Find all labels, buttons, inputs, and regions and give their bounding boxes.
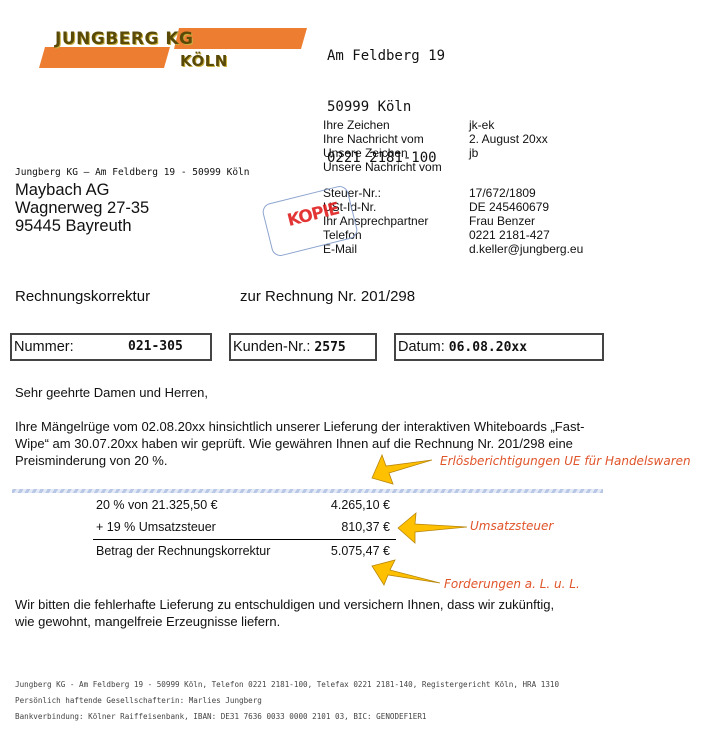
footer-partner: Persönlich haftende Gesellschafterin: Ma…	[15, 696, 262, 705]
annotation-receivables: Forderungen a. L. u. L.	[444, 577, 580, 591]
footer-bank: Bankverbindung: Kölner Raiffeisenbank, I…	[15, 712, 426, 721]
closing-paragraph: Wir bitten die fehlerhafte Lieferung zu …	[15, 596, 575, 630]
annotation-vat: Umsatzsteuer	[470, 519, 553, 533]
arrow-icon	[372, 560, 440, 585]
annotation-revenue-correction: Erlösberichtigungen UE für Handelswaren	[440, 454, 691, 468]
arrow-icon	[372, 455, 432, 484]
arrow-icon	[398, 513, 467, 543]
footer-company: Jungberg KG - Am Feldberg 19 - 50999 Köl…	[15, 680, 559, 689]
